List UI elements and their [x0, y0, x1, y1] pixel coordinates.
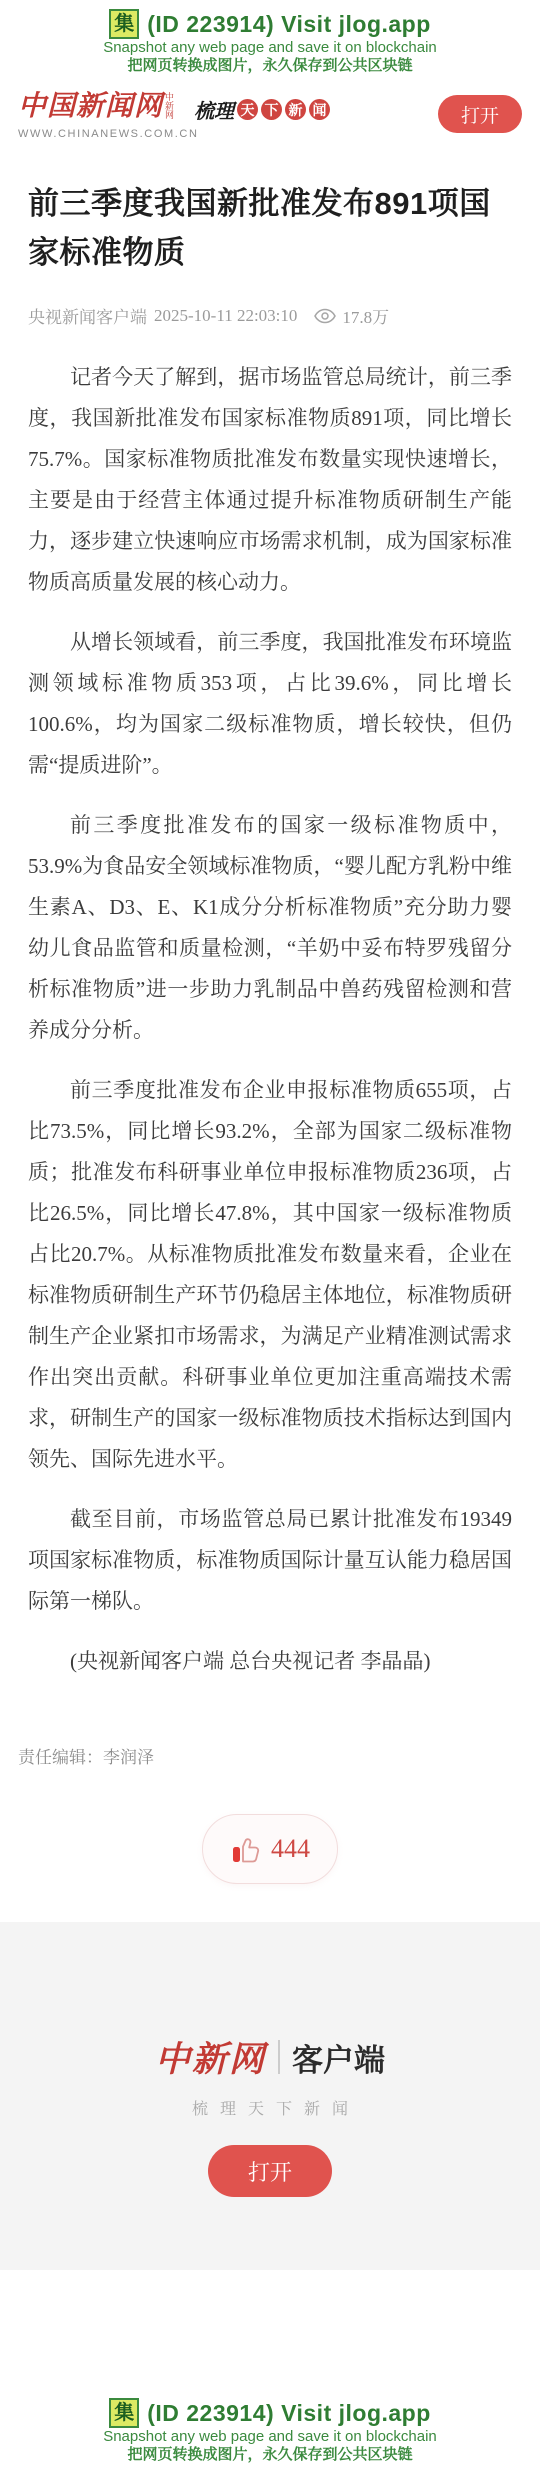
thumbs-up-icon	[230, 1834, 262, 1864]
header-left: 中国新闻网 中新网 梳理 天 下 新 闻 WWW.CHINANEWS.COM.C…	[18, 91, 330, 140]
chinanews-logo[interactable]: 中国新闻网	[18, 91, 163, 123]
article-byline: 央视新闻客户端 2025-10-11 22:03:10 17.8万	[28, 303, 512, 328]
footer-open-button[interactable]: 打开	[208, 2145, 332, 2197]
banner-subtitle-en: Snapshot any web page and save it on blo…	[0, 39, 540, 57]
article-body: 记者今天了解到，据市场监管总局统计，前三季度，我国新批准发布国家标准物质891项…	[0, 328, 540, 1701]
views-count: 17.8万	[342, 303, 389, 328]
site-header: 中国新闻网 中新网 梳理 天 下 新 闻 WWW.CHINANEWS.COM.C…	[0, 85, 540, 157]
jlog-logo-icon: 集	[109, 9, 139, 39]
article-title: 前三季度我国新批准发布891项国家标准物质	[28, 179, 512, 277]
jlog-logo-icon: 集	[109, 2398, 139, 2428]
banner-subtitle-zh: 把网页转换成图片，永久保存到公共区块链	[0, 2446, 540, 2464]
editor-line: 责任编辑：李润泽	[18, 1743, 540, 1768]
app-promo-footer: 中新网 客户端 梳理天下新闻 打开	[0, 1922, 540, 2270]
header-tagline: 梳理 天 下 新 闻	[194, 95, 330, 124]
banner-subtitle-en: Snapshot any web page and save it on blo…	[0, 2428, 540, 2446]
footer-logo: 中新网 客户端	[155, 2032, 385, 2082]
page: 集 (ID 223914) Visit jlog.app Snapshot an…	[0, 0, 540, 2474]
site-url: WWW.CHINANEWS.COM.CN	[18, 128, 330, 140]
bottom-banner: 集 (ID 223914) Visit jlog.app Snapshot an…	[0, 2386, 540, 2474]
client-label: 客户端	[292, 2035, 385, 2080]
article-datetime: 2025-10-11 22:03:10	[154, 306, 297, 326]
eye-icon	[314, 308, 336, 324]
tagline-circle-3: 新	[285, 99, 306, 120]
top-banner: 集 (ID 223914) Visit jlog.app Snapshot an…	[0, 0, 540, 85]
tagline-circle-2: 下	[261, 99, 282, 120]
article-credit: (央视新闻客户端 总台央视记者 李晶晶)	[28, 1641, 512, 1682]
like-count: 444	[271, 1834, 310, 1864]
article-paragraph: 截至目前，市场监管总局已累计批准发布19349项国家标准物质，标准物质国际计量互…	[28, 1499, 512, 1622]
tagline-circle-1: 天	[237, 99, 258, 120]
like-section: 444	[0, 1814, 540, 1884]
article-source: 央视新闻客户端	[28, 303, 147, 328]
logo-divider	[278, 2040, 280, 2074]
banner-headline-link[interactable]: (ID 223914) Visit jlog.app	[147, 11, 431, 38]
tagline-circle-4: 闻	[309, 99, 330, 120]
view-counter: 17.8万	[314, 303, 389, 328]
open-app-button[interactable]: 打开	[438, 95, 522, 133]
article-paragraph: 记者今天了解到，据市场监管总局统计，前三季度，我国新批准发布国家标准物质891项…	[28, 357, 512, 603]
article-paragraph: 从增长领域看，前三季度，我国批准发布环境监测领域标准物质353项，占比39.6%…	[28, 622, 512, 786]
like-button[interactable]: 444	[202, 1814, 338, 1884]
chinanews-logo-seal: 中新网	[165, 93, 176, 120]
article-paragraph: 前三季度批准发布企业申报标准物质655项，占比73.5%，同比增长93.2%，全…	[28, 1070, 512, 1480]
banner-subtitle-zh: 把网页转换成图片，永久保存到公共区块链	[0, 57, 540, 75]
article-paragraph: 前三季度批准发布的国家一级标准物质中，53.9%为食品安全领域标准物质，“婴儿配…	[28, 805, 512, 1051]
footer-tagline: 梳理天下新闻	[180, 2096, 360, 2119]
tagline-calligraphy: 梳理	[194, 95, 234, 124]
banner-headline-link[interactable]: (ID 223914) Visit jlog.app	[147, 2400, 431, 2427]
cns-logo: 中新网	[155, 2032, 266, 2082]
